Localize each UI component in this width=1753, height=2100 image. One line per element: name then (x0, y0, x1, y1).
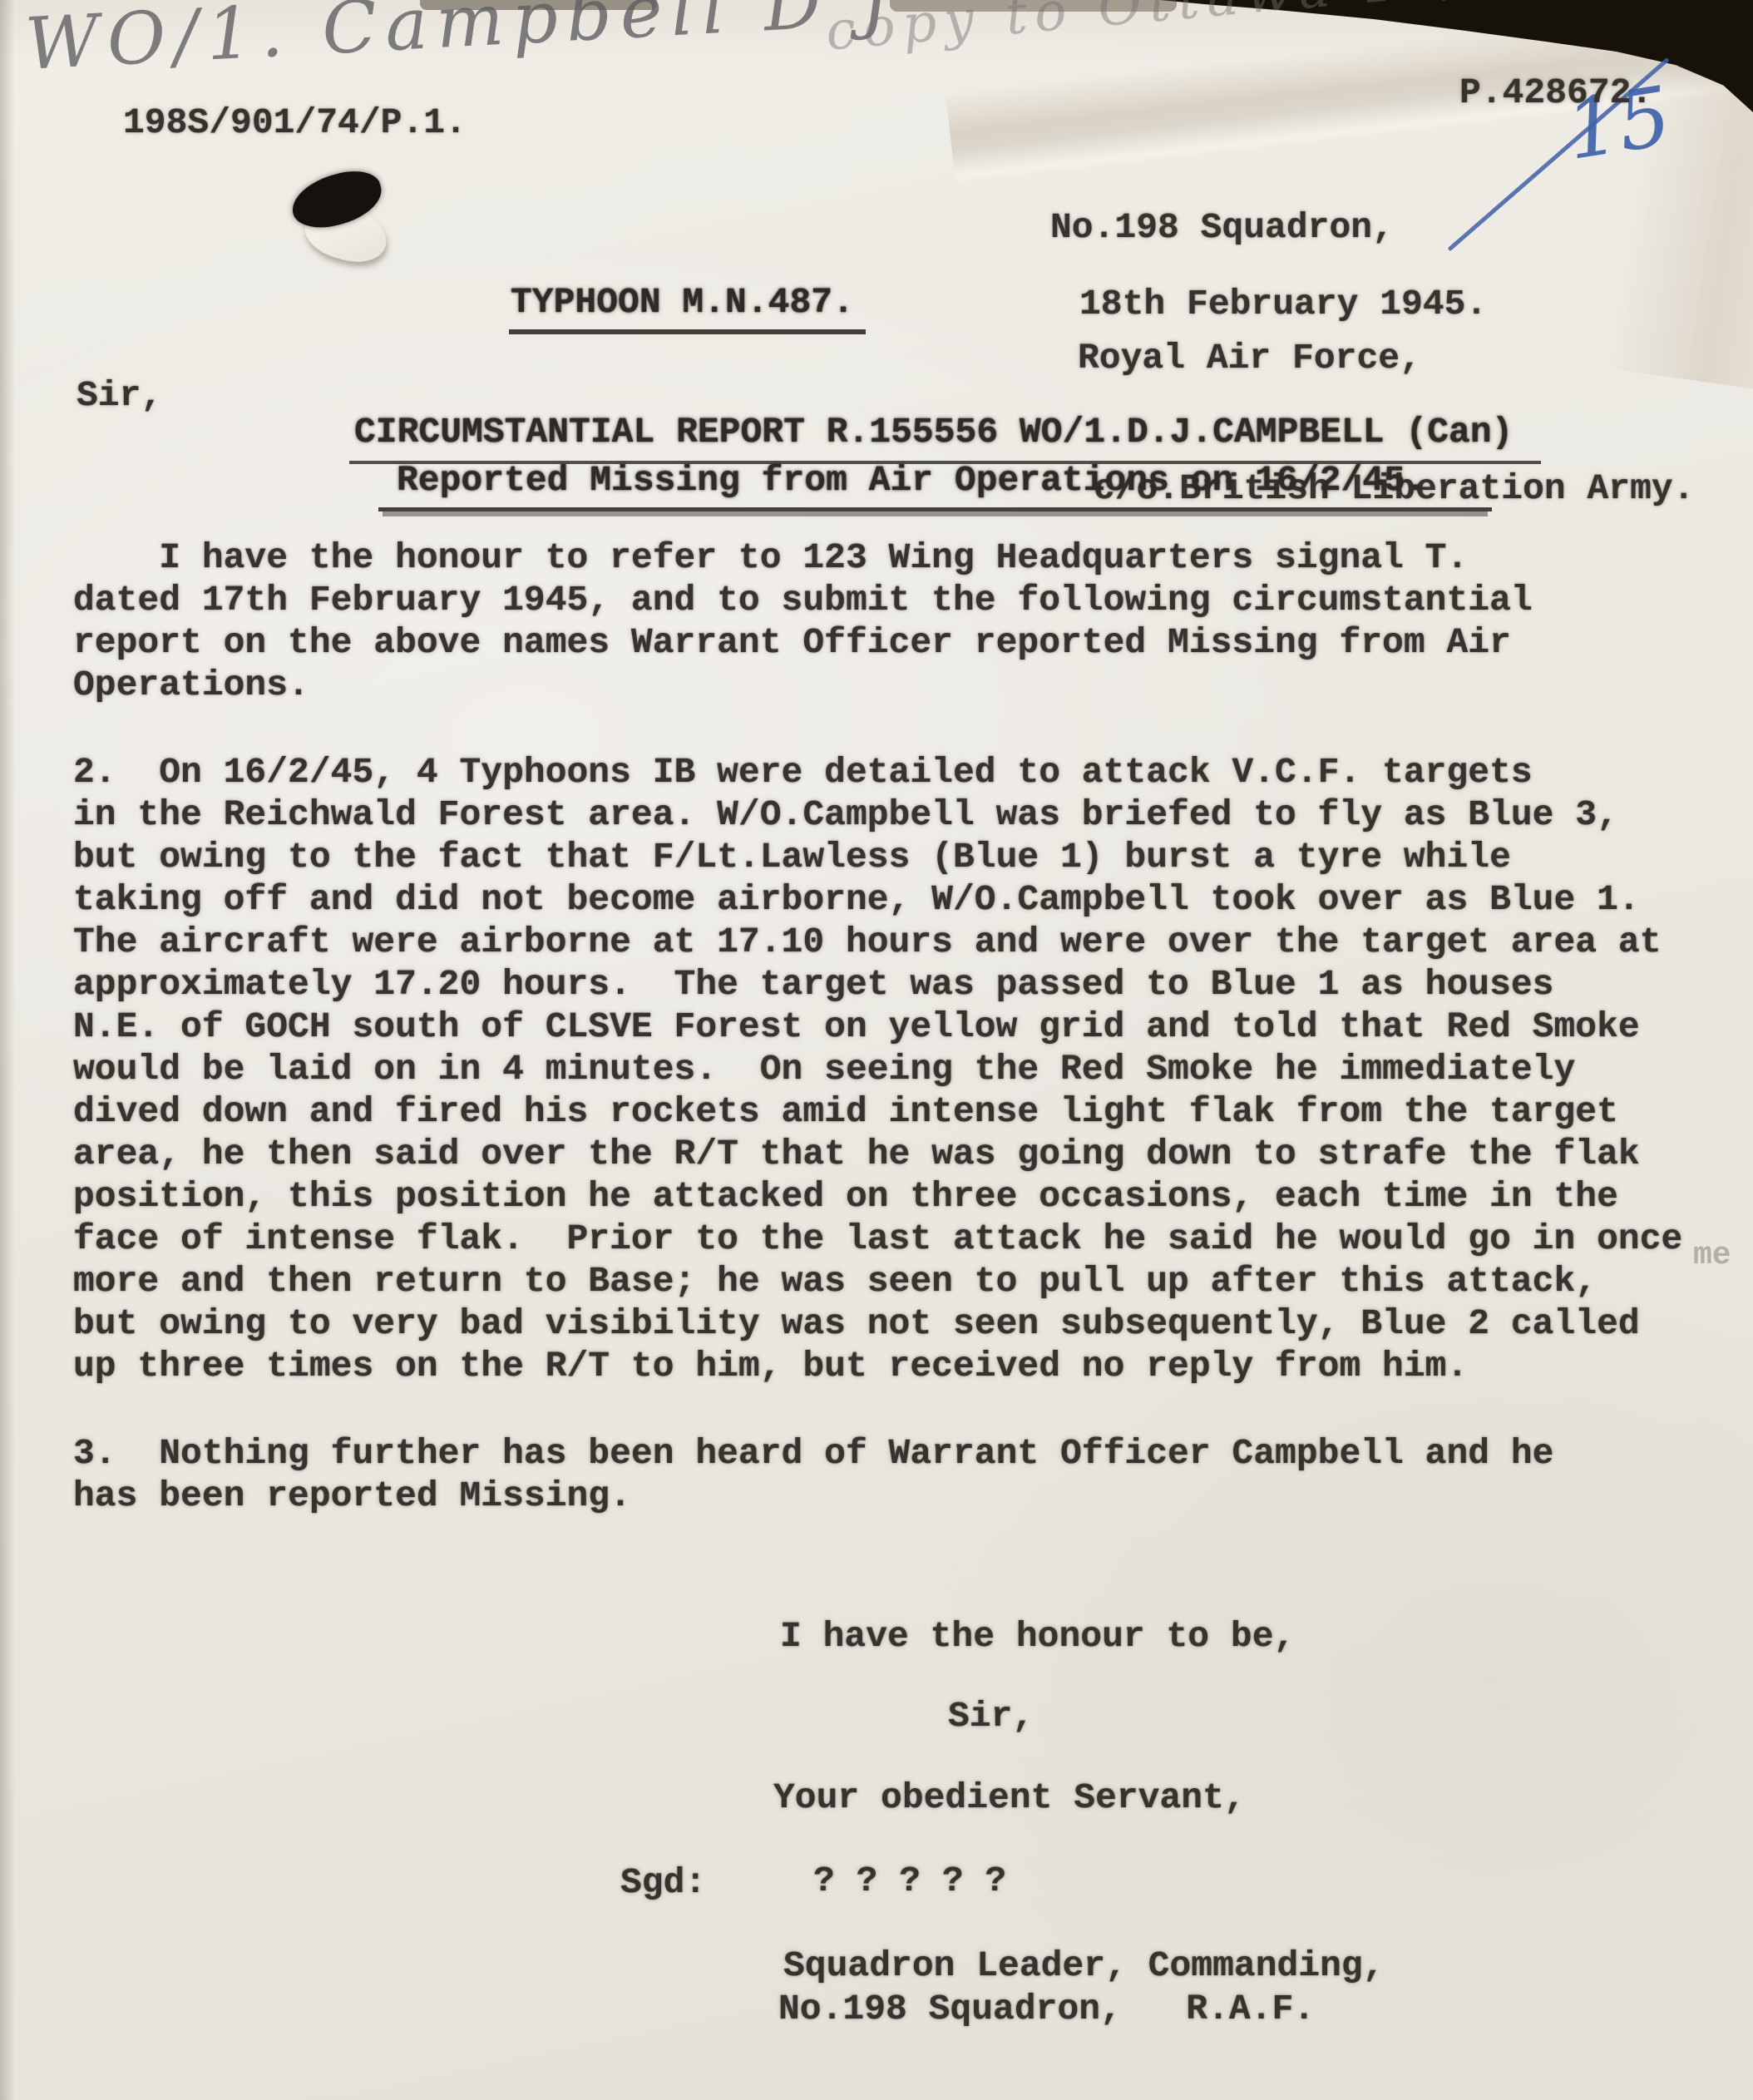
address-line-squadron: No.198 Squadron, (1050, 206, 1695, 252)
aircraft-reference: TYPHOON M.N.487. (509, 281, 866, 334)
text-line: in the Reichwald Forest area. W/O.Campbe… (73, 793, 1682, 836)
paragraph-1: I have the honour to refer to 123 Wing H… (73, 536, 1533, 706)
closing-honour: I have the honour to be, (780, 1615, 1295, 1658)
text-line: up three times on the R/T to him, but re… (73, 1345, 1682, 1387)
text-line: 2. On 16/2/45, 4 Typhoons IB were detail… (73, 751, 1682, 793)
file-reference: P.428672. (1459, 72, 1652, 114)
salutation: Sir, (77, 374, 162, 417)
pencil-annotation-name: WO/1. Campbell D J (23, 0, 900, 86)
text-line: I have the honour to refer to 123 Wing H… (73, 536, 1533, 579)
text-line: Operations. (73, 664, 1533, 706)
text-line: 3. Nothing further has been heard of War… (73, 1432, 1554, 1475)
document-page: WO/1. Campbell D J copy to Ottawa 17/2/4… (0, 0, 1753, 2100)
bleed-through-text: me (1693, 1238, 1731, 1273)
text-line: area, he then said over the R/T that he … (73, 1133, 1682, 1175)
reference-number: 198S/901/74/P.1. (123, 101, 467, 144)
text-line: but owing to very bad visibility was not… (73, 1302, 1682, 1345)
text-line: has been reported Missing. (73, 1475, 1554, 1517)
text-line: would be laid on in 4 minutes. On seeing… (73, 1048, 1682, 1090)
report-title-line1: CIRCUMSTANTIAL REPORT R.155556 WO/1.D.J.… (349, 411, 1541, 464)
text-line: position, this position he attacked on t… (73, 1175, 1682, 1218)
paragraph-3: 3. Nothing further has been heard of War… (73, 1432, 1554, 1517)
text-line: report on the above names Warrant Office… (73, 621, 1533, 664)
page-edge-shadow (0, 0, 15, 2100)
text-line: taking off and did not become airborne, … (73, 878, 1682, 921)
text-line: but owing to the fact that F/Lt.Lawless … (73, 836, 1682, 878)
text-line: more and then return to Base; he was see… (73, 1260, 1682, 1302)
text-line: N.E. of GOCH south of CLSVE Forest on ye… (73, 1006, 1682, 1048)
address-line-raf: Royal Air Force, (1078, 337, 1695, 383)
signatory-unit: No.198 Squadron, R.A.F. (778, 1988, 1315, 2030)
text-line: The aircraft were airborne at 17.10 hour… (73, 921, 1682, 963)
closing-servant: Your obedient Servant, (773, 1776, 1246, 1819)
signature-placeholder: ? ? ? ? ? (813, 1860, 1006, 1902)
paragraph-2: 2. On 16/2/45, 4 Typhoons IB were detail… (73, 751, 1682, 1387)
closing-sir: Sir, (948, 1695, 1034, 1737)
address-block: No.198 Squadron, Royal Air Force, c/o.Br… (1050, 121, 1695, 598)
signatory-rank: Squadron Leader, Commanding, (783, 1944, 1385, 1987)
text-line: dated 17th February 1945, and to submit … (73, 579, 1533, 621)
text-line: dived down and fired his rockets amid in… (73, 1090, 1682, 1133)
report-title-line2: Reported Missing from Air Operations on … (378, 459, 1492, 511)
signed-label: Sgd: (620, 1861, 706, 1904)
text-line: face of intense flak. Prior to the last … (73, 1218, 1682, 1260)
letter-date: 18th February 1945. (1079, 283, 1487, 325)
text-line: approximately 17.20 hours. The target wa… (73, 963, 1682, 1006)
